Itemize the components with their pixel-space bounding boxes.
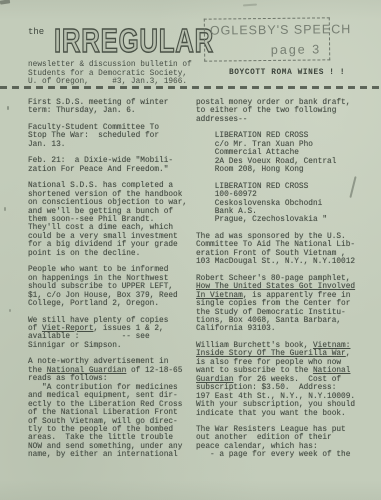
text-line: out another edition of their [196, 434, 376, 442]
text-line: shortened version of the handbook [28, 191, 194, 199]
scan-artifact [9, 309, 11, 312]
text-line: on conscientious objection to war, [28, 199, 194, 207]
text-line: Sinnigar or Simpson. [28, 342, 194, 350]
scan-artifact [7, 106, 9, 110]
corner-stamp-box: OGLESBY'S SPEECH page 3 [204, 17, 330, 61]
paragraph: We still have plenty of copiesof Viet-Re… [28, 317, 194, 351]
right-column: postal money order or bank draft,to eith… [196, 99, 376, 468]
text-line: of South Vietnam, will go direc- [28, 418, 194, 426]
text-line: California 93103. [196, 325, 376, 333]
text-line: - a page for every week of the [196, 451, 376, 459]
text-line: In Vietnam, is apparently free in [196, 292, 376, 300]
masthead-subtitle: newsletter & discussion bulletin of Stud… [28, 61, 192, 87]
text-line: single copies from the Center for [196, 300, 376, 308]
paragraph: Feb. 21: a Dixie-wide "Mobili-zation For… [28, 157, 194, 174]
paragraph: Faculty-Student Committee ToStop The War… [28, 124, 194, 149]
paragraph: Robert Scheer's 80-page pamphlet,How The… [196, 275, 376, 334]
scan-artifact [243, 4, 257, 7]
text-line: How The United States Got Involved [196, 283, 376, 291]
text-line: eration Front of South Vietnam , [196, 250, 376, 258]
text-line: is also free for people who now [196, 359, 376, 367]
text-line: Inside Story Of The Guerilla War, [196, 350, 376, 358]
text-line: $1, c/o Jon House, Box 379, Reed [28, 292, 194, 300]
boycott-note: BOYCOTT ROMA WINES ! ! [229, 69, 345, 77]
text-line: for a big dividend if your grade [28, 241, 194, 249]
text-line: the National Guardian of 12-18-65 [28, 367, 194, 375]
text-line: Room 208, Hong Kong [196, 166, 376, 174]
text-line: Guardian for 26 weeks. Cost of [196, 376, 376, 384]
text-line: of the National Liberation Front [28, 409, 194, 417]
paragraph: postal money order or bank draft,to eith… [196, 99, 376, 124]
text-line: name, by either an international [28, 451, 194, 459]
text-line: "A contribution for medicines [28, 384, 194, 392]
paragraph: LIBERATION RED CROSS 100-60972 Ceskoslov… [196, 183, 376, 225]
text-line: subscription: $3.50. Address: [196, 384, 376, 392]
text-line: College, Portland 2, Oregon. [28, 300, 194, 308]
paragraph: LIBERATION RED CROSS c/o Mr. Tran Xuan P… [196, 132, 376, 174]
text-line: the Study of Democratic Institu- [196, 309, 376, 317]
text-line: National S.D.S. has completed a [28, 182, 194, 190]
text-line: 197 East 4th St., N.Y., N.Y.10009. [196, 393, 376, 401]
text-line: 2A Des Voeux Road, Central [196, 158, 376, 166]
text-line: addresses-- [196, 116, 376, 124]
paragraph: People who want to be informedon happeni… [28, 266, 194, 308]
text-line: People who want to be informed [28, 266, 194, 274]
paragraph: First S.D.S. meeting of winterterm: Thur… [28, 99, 194, 116]
text-line: to either of the two following [196, 107, 376, 115]
paragraph: A note-worthy advertisement inthe Nation… [28, 358, 194, 459]
text-line: and medical equipment, sent dir- [28, 392, 194, 400]
newsletter-page: the IRREGULAR newsletter & discussion bu… [0, 0, 381, 500]
text-line: Jan. 13. [28, 141, 194, 149]
paragraph: National S.D.S. has completed ashortened… [28, 182, 194, 258]
text-line: available : -- see [28, 333, 194, 341]
text-line: Feb. 21: a Dixie-wide "Mobili- [28, 157, 194, 165]
paragraph: The ad was sponsored by the U.S.Committe… [196, 233, 376, 267]
paragraph: William Burchett's book, Vietnam:Inside … [196, 342, 376, 418]
text-line: Stop The War: scheduled for [28, 132, 194, 140]
masthead-title: IRREGULAR [54, 24, 214, 57]
subtitle-line: Students for a Democratic Society, [28, 70, 192, 79]
corner-stamp-line1: OGLESBY'S SPEECH [210, 22, 351, 37]
text-line: want to subscribe to the National [196, 367, 376, 375]
text-line: Commercial Attache [196, 149, 376, 157]
text-line: indicate that you want the book. [196, 410, 376, 418]
text-line: zation For Peace And Freedom." [28, 166, 194, 174]
text-line: LIBERATION RED CROSS [196, 183, 376, 191]
text-line: should subscribe to UPPER LEFT, [28, 283, 194, 291]
text-line: 103 MacDougal St., N.Y., N.Y.10012 [196, 258, 376, 266]
text-line: Ceskoslovenska Obchodni [196, 200, 376, 208]
text-line: A note-worthy advertisement in [28, 358, 194, 366]
text-line: With your subscription, you should [196, 401, 376, 409]
text-line: ectly to the Liberation Red Cross [28, 401, 194, 409]
subtitle-line: newsletter & discussion bulletin of [28, 61, 192, 70]
scan-artifact [4, 207, 6, 211]
text-line: on happenings in the Northwest [28, 275, 194, 283]
masthead-prefix: the [28, 27, 44, 37]
text-line: term: Thursday, Jan. 6. [28, 107, 194, 115]
text-line: LIBERATION RED CROSS [196, 132, 376, 140]
paragraph: The War Resisters League has putout anot… [196, 426, 376, 460]
text-line: reads as follows: [28, 375, 194, 383]
text-line: areas. Take the little trouble [28, 434, 194, 442]
text-line: Robert Scheer's 80-page pamphlet, [196, 275, 376, 283]
left-column: First S.D.S. meeting of winterterm: Thur… [28, 99, 194, 468]
text-line: They'll cost a dime each, which [28, 224, 194, 232]
text-line: point is on the decline. [28, 250, 194, 258]
dashed-separator [0, 86, 381, 89]
text-line: Committee To Aid The National Lib- [196, 241, 376, 249]
text-line: We still have plenty of copies [28, 317, 194, 325]
text-line: Prague, Czechoslovakia " [196, 216, 376, 224]
text-line: c/o Mr. Tran Xuan Pho [196, 141, 376, 149]
scan-artifact [0, 0, 10, 5]
text-line: and we'll be getting a bunch of [28, 208, 194, 216]
corner-stamp-line2: page 3 [271, 42, 321, 57]
